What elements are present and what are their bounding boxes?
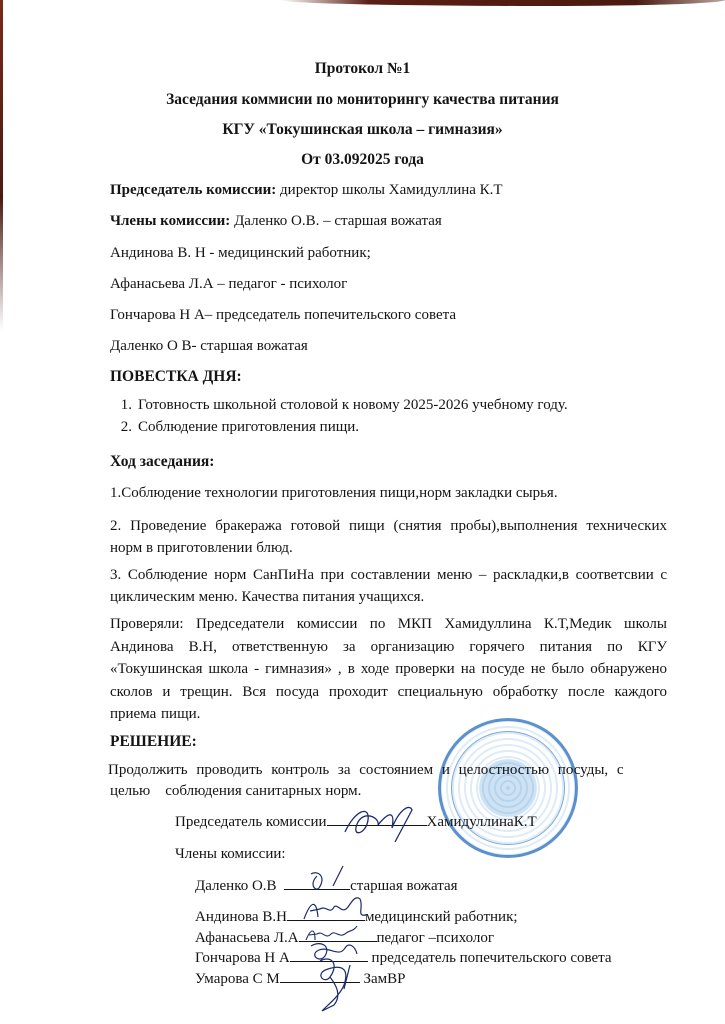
chair-signature-name: ХамидуллинаК.Т xyxy=(427,814,537,830)
agenda-item-number: 2. xyxy=(110,419,132,436)
member-first: Даленко О.В. – старшая вожатая xyxy=(230,213,442,229)
decision-text-line1: Продолжить проводить контроль за состоян… xyxy=(108,762,624,779)
proceedings-point: 3. Соблюдение норм СанПиНа при составлен… xyxy=(110,564,667,608)
agenda-item: 2.Соблюдение приготовления пищи. xyxy=(110,419,359,436)
chair-value: директор школы Хамидуллина К.Т xyxy=(276,182,502,198)
protocol-date: От 03.092025 года xyxy=(0,151,725,169)
protocol-subtitle: Заседания коммисии по мониторингу качест… xyxy=(0,91,725,109)
member-role: педагог –психолог xyxy=(377,930,495,946)
proceedings-point: 2. Проведение бракеража готовой пищи (сн… xyxy=(110,515,667,559)
document-page: Протокол №1 Заседания коммисии по монито… xyxy=(0,0,725,1024)
organization-name: КГУ «Токушинская школа – гимназия» xyxy=(0,121,725,139)
member-signature xyxy=(300,955,370,1020)
commission-member: Андинова В. Н - медицинский работник; xyxy=(110,245,371,262)
chair-signature xyxy=(340,800,420,850)
commission-chair: Председатель комиссии: директор школы Ха… xyxy=(110,182,503,199)
decision-text-line2: целью соблюдения санитарных норм. xyxy=(110,783,361,800)
member-role: старшая вожатая xyxy=(350,878,457,894)
decision-heading: РЕШЕНИЕ: xyxy=(110,733,197,751)
chair-signature-label: Председатель комиссии xyxy=(175,814,327,830)
member-name: Андинова В.Н xyxy=(195,909,287,925)
agenda-item-text: Готовность школьной столовой к новому 20… xyxy=(138,397,568,413)
proceedings-heading: Ход заседания: xyxy=(110,453,214,471)
commission-members-line: Члены комиссии: Даленко О.В. – старшая в… xyxy=(110,213,442,230)
member-name: Умарова С М xyxy=(195,971,280,987)
protocol-title: Протокол №1 xyxy=(0,60,725,78)
chair-label: Председатель комиссии: xyxy=(110,182,276,198)
member-role: медицинский работник; xyxy=(365,909,518,925)
agenda-item-text: Соблюдение приготовления пищи. xyxy=(138,419,359,435)
official-stamp xyxy=(438,718,578,858)
members-signature-label: Члены комиссии: xyxy=(175,846,286,863)
member-signature-row: Гончарова Н А председатель попечительско… xyxy=(195,949,612,967)
proceedings-checked: Проверяли: Председатели комиссии по МКП … xyxy=(110,613,667,726)
commission-member: Гончарова Н А– председатель попечительск… xyxy=(110,307,456,324)
member-name: Гончарова Н А xyxy=(195,950,290,966)
member-name: Даленко О.В xyxy=(195,878,277,894)
proceedings-point: 1.Соблюдение технологии приготовления пи… xyxy=(110,485,558,502)
agenda-item: 1.Готовность школьной столовой к новому … xyxy=(110,397,568,414)
commission-member: Даленко О В- старшая вожатая xyxy=(110,338,308,355)
commission-member: Афанасьева Л.А – педагог - психолог xyxy=(110,276,347,293)
members-label: Члены комиссии: xyxy=(110,213,230,229)
agenda-heading: ПОВЕСТКА ДНЯ: xyxy=(110,368,242,386)
member-role: председатель попечительского совета xyxy=(368,950,612,966)
member-name: Афанасьева Л.А xyxy=(195,930,299,946)
agenda-item-number: 1. xyxy=(110,397,132,414)
